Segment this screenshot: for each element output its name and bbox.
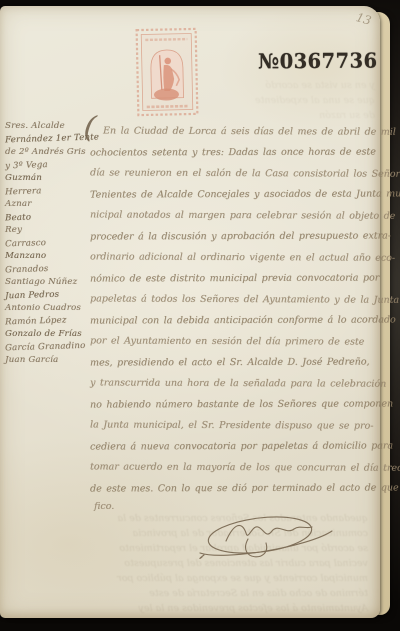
folio-number: 13 (354, 10, 373, 28)
margin-name: García Granadino (5, 340, 89, 356)
ghost-line: Ayuntamiento á los efectos prevenidos en… (12, 601, 368, 616)
document-page: y en su vista se acordóque se una al exp… (0, 6, 380, 618)
body-line: En la Ciudad de Lorca á seis días del me… (90, 120, 374, 142)
ghost-line: y en su vista se acordó (225, 78, 375, 93)
body-line: cediera á nueva convocatoria por papelet… (90, 436, 374, 458)
bleedthrough-text: quedando enterados los Señores concurren… (12, 511, 368, 616)
body-line: de este mes. Con lo que se dió por termi… (90, 478, 374, 500)
body-line: municipal con la debida anticipación con… (90, 310, 374, 332)
body-line: nicipal anotados al margen para celebrar… (90, 204, 374, 226)
margin-name: Juan Pedros (5, 288, 89, 304)
stamp-figure-icon (135, 27, 199, 116)
margin-name: Fernández 1er Tente (5, 132, 89, 148)
ghost-line: municipal corriente y que se exponga al … (12, 571, 368, 586)
margin-name: Granados (5, 262, 89, 278)
body-line: ordinario adicional al ordinario vigente… (90, 246, 374, 268)
ghost-line: que se una al expediente (225, 93, 375, 108)
body-line: tomar acuerdo en la mayoría de los que c… (90, 456, 374, 478)
bleedthrough-top: y en su vista se acordóque se una al exp… (225, 78, 375, 123)
margin-name: y 3º Vega (5, 158, 89, 174)
body-line: día se reunieron en el salón de la Casa … (90, 162, 374, 184)
ghost-line: vecinal para cubrir las atenciones del p… (12, 556, 368, 571)
body-line: la Junta municipal, el Sr. Presidente di… (90, 414, 374, 436)
revenue-stamp (135, 27, 199, 116)
margin-name: Juan García (5, 354, 89, 367)
ghost-line: término de ocho días en la Secretaría de… (12, 586, 368, 601)
body-line: proceder á la discusión y aprobación del… (90, 226, 374, 248)
attendance-margin: Sres. AlcaldeFernández 1er Tentede 2º An… (5, 120, 89, 367)
ghost-line: se acordó por unanimidad aprobar el repa… (12, 541, 368, 556)
scan-background: y en su vista se acordóque se una al exp… (0, 0, 400, 631)
body-text: En la Ciudad de Lorca á seis días del me… (90, 121, 374, 499)
ghost-line: quedando enterados los Señores concurren… (12, 511, 368, 526)
margin-name: Ramón López (5, 314, 89, 330)
body-line: mes, presidiendo el acto el Sr. Alcalde … (90, 352, 374, 374)
serial-number: №0367736 (258, 49, 381, 74)
margin-name: Beato (5, 210, 89, 226)
body-line: nómico de este distrito municipal previa… (90, 268, 374, 290)
body-line: por el Ayuntamiento en sesión del día pr… (90, 330, 374, 352)
ghost-line: comunicación del Sr. Gobernador de la pr… (12, 526, 368, 541)
margin-name: Herrera (5, 184, 89, 200)
body-line: no habiendo número bastante de los Señor… (90, 394, 374, 416)
margin-name: Carrasco (5, 236, 89, 252)
body-line: y transcurrida una hora de la señalada p… (90, 372, 374, 394)
body-line: Tenientes de Alcalde Concejales y asocia… (90, 184, 374, 206)
body-line: ochocientos setenta y tres: Dadas las on… (90, 142, 374, 164)
body-line: papeletas á todos los Señores del Ayunta… (90, 288, 374, 310)
